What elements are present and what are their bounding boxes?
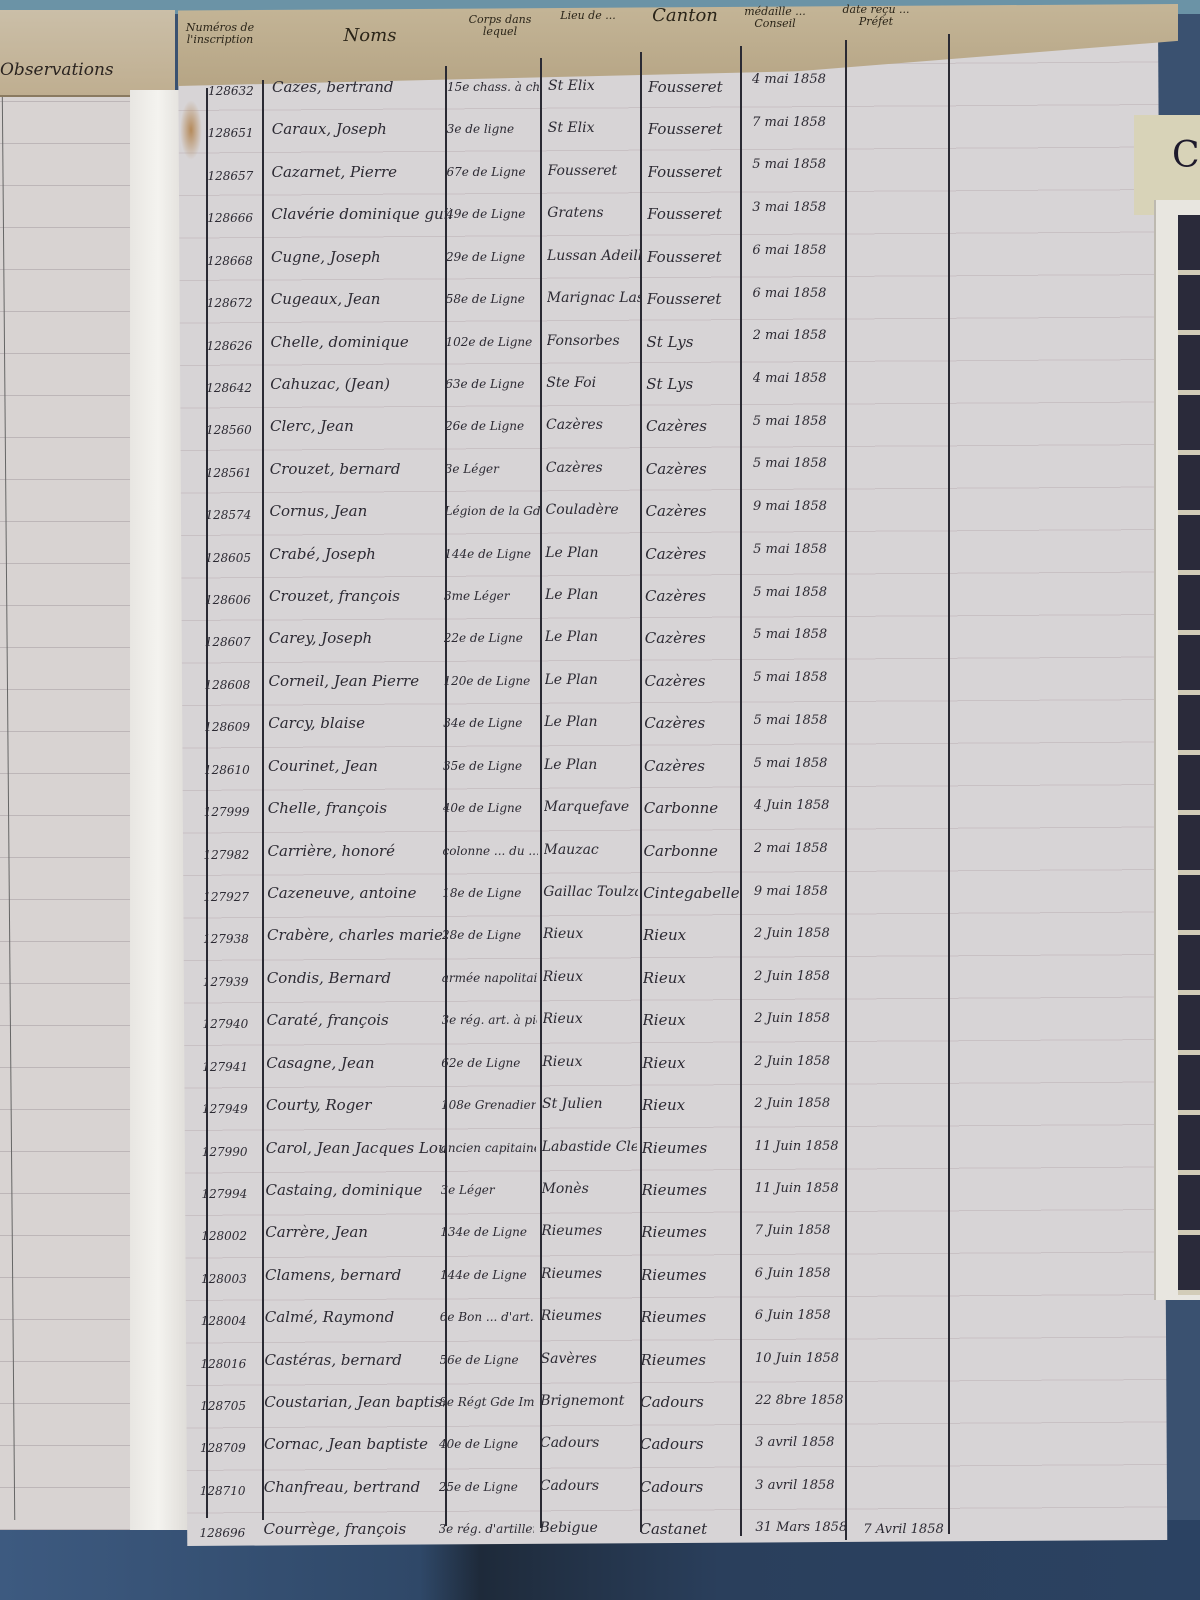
cell-numero: 128003 xyxy=(201,1272,261,1286)
cell-date: 3 avril 1858 xyxy=(755,1478,855,1493)
cell-numero: 127999 xyxy=(204,805,264,819)
cell-lieu: St Elix xyxy=(548,120,643,136)
cell-canton: Rieux xyxy=(642,1096,742,1114)
cell-corps: 3e Léger xyxy=(445,462,540,476)
cell-nom: Casagne, Jean xyxy=(266,1054,446,1072)
cell-nom: Cugeaux, Jean xyxy=(271,290,451,308)
cell-nom: Chelle, dominique xyxy=(271,333,451,351)
cell-nom: Cahuzac, (Jean) xyxy=(270,375,450,393)
cell-nom: Condis, Bernard xyxy=(267,969,447,987)
cell-lieu: St Elix xyxy=(548,78,643,94)
cell-numero: 128605 xyxy=(205,551,265,565)
cell-numero: 127940 xyxy=(203,1017,263,1031)
cell-date: 10 Juin 1858 xyxy=(755,1351,855,1366)
cell-corps: 144e de Ligne xyxy=(440,1268,535,1282)
cell-canton: Fousseret xyxy=(648,78,748,96)
cell-numero: 128642 xyxy=(206,381,266,395)
cell-lieu: Savères xyxy=(541,1351,636,1367)
cell-canton: Cazères xyxy=(645,672,745,690)
cell-canton: Cazères xyxy=(645,545,745,563)
cell-canton: Cadours xyxy=(640,1435,740,1453)
cell-date: 5 mai 1858 xyxy=(753,456,853,471)
cell-nom: Castéras, bernard xyxy=(265,1351,445,1369)
left-page-rule xyxy=(2,90,15,1520)
cell-lieu: Le Plan xyxy=(544,714,639,730)
cell-date: 6 Juin 1858 xyxy=(755,1308,855,1323)
cell-lieu: Le Plan xyxy=(545,587,640,603)
cell-numero: 128651 xyxy=(208,126,268,140)
cell-corps: 62e de Ligne xyxy=(441,1056,536,1070)
cell-lieu: St Julien xyxy=(542,1096,637,1112)
cell-corps: 3e Léger xyxy=(441,1183,536,1197)
cell-nom: Coustarian, Jean baptiste xyxy=(264,1393,444,1411)
cell-canton: Cazères xyxy=(645,629,745,647)
cell-corps: 3me Léger xyxy=(444,589,539,603)
cell-numero: 128696 xyxy=(200,1526,260,1540)
cell-date: 4 mai 1858 xyxy=(752,72,852,87)
cell-corps: 108e Grenadiers xyxy=(441,1098,536,1112)
cell-canton: Rieux xyxy=(643,1011,743,1029)
cell-canton: Rieumes xyxy=(641,1223,741,1241)
cell-numero: 128004 xyxy=(201,1314,261,1328)
cell-numero: 128632 xyxy=(208,84,268,98)
cell-nom: Corneil, Jean Pierre xyxy=(269,672,449,690)
cell-nom: Cazarnet, Pierre xyxy=(272,163,452,181)
cell-lieu: Fousseret xyxy=(548,163,643,179)
cell-numero: 128606 xyxy=(205,593,265,607)
cell-lieu: Rieux xyxy=(542,1054,637,1070)
cell-date: 5 mai 1858 xyxy=(753,627,853,642)
cell-date: 31 Mars 1858 xyxy=(755,1520,855,1535)
cell-corps: 40e de Ligne xyxy=(443,801,538,815)
cell-corps: 56e de Ligne xyxy=(440,1353,535,1367)
cell-canton: Fousseret xyxy=(648,120,748,138)
cell-corps: 22e de Ligne xyxy=(444,631,539,645)
cell-corps: 49e de Ligne xyxy=(446,207,541,221)
cell-numero: 128668 xyxy=(207,254,267,268)
cell-numero: 128610 xyxy=(204,763,264,777)
cell-canton: Fousseret xyxy=(647,248,747,266)
cell-corps: 67e de Ligne xyxy=(447,165,542,179)
cell-canton: Cazères xyxy=(644,714,744,732)
cell-lieu: Le Plan xyxy=(545,545,640,561)
cell-numero: 128561 xyxy=(206,466,266,480)
cell-date: 5 mai 1858 xyxy=(753,542,853,557)
cell-date: 22 8bre 1858 xyxy=(755,1393,855,1408)
cell-canton: Rieumes xyxy=(641,1266,741,1284)
cell-corps: 28e de Ligne xyxy=(442,928,537,942)
cell-date: 5 mai 1858 xyxy=(754,713,854,728)
cell-nom: Carey, Joseph xyxy=(269,629,449,647)
cell-nom: Clerc, Jean xyxy=(270,417,450,435)
cell-date: 2 Juin 1858 xyxy=(754,1011,854,1026)
cell-corps: armée napolitaine xyxy=(442,971,537,985)
header-lieu: Lieu de ... xyxy=(548,10,628,22)
cell-nom: Cornac, Jean baptiste xyxy=(264,1435,444,1453)
cell-canton: Rieumes xyxy=(641,1351,741,1369)
cell-lieu: Gaillac Toulza xyxy=(543,884,638,900)
cell-nom: Carrère, Jean xyxy=(265,1223,445,1241)
cell-nom: Carcy, blaise xyxy=(268,714,448,732)
cell-date: 9 mai 1858 xyxy=(754,884,854,899)
cell-date: 5 mai 1858 xyxy=(754,756,854,771)
cell-corps: ancien capitaine xyxy=(441,1141,536,1155)
cell-numero: 128016 xyxy=(201,1357,261,1371)
cell-numero: 128672 xyxy=(207,296,267,310)
cell-nom: Courinet, Jean xyxy=(268,757,448,775)
next-volume-edge: C xyxy=(1134,115,1200,1315)
header-nom: Noms xyxy=(300,30,440,42)
cell-lieu: Brignemont xyxy=(540,1393,635,1409)
cell-numero: 127990 xyxy=(202,1145,262,1159)
cell-numero: 128607 xyxy=(205,635,265,649)
cell-numero: 128608 xyxy=(205,678,265,692)
cell-canton: Cazères xyxy=(645,587,745,605)
cell-lieu: Cazères xyxy=(546,460,641,476)
cell-lieu: Rieux xyxy=(543,1011,638,1027)
cell-corps: Légion de la Gde xyxy=(445,504,540,518)
cell-numero: 128666 xyxy=(207,211,267,225)
cell-nom: Caraté, françois xyxy=(267,1011,447,1029)
cell-nom: Cazes, bertrand xyxy=(272,78,452,96)
cell-corps: 6e Bon ... d'art. xyxy=(440,1310,535,1324)
cell-canton: Cazères xyxy=(646,417,746,435)
cell-canton: Cadours xyxy=(640,1478,740,1496)
cell-corps: 34e de Ligne xyxy=(443,716,538,730)
cell-canton: Fousseret xyxy=(647,205,747,223)
volume-spine xyxy=(1178,215,1200,1295)
cell-lieu: Rieux xyxy=(543,926,638,942)
cell-lieu: Labastide Clermont xyxy=(542,1139,637,1155)
page-stain xyxy=(180,100,202,160)
cell-corps: 102e de Ligne xyxy=(446,335,541,349)
cell-nom: Clavérie dominique guillaume xyxy=(271,205,451,223)
cell-canton: Carbonne xyxy=(644,799,744,817)
cell-corps: 35e de Ligne xyxy=(443,759,538,773)
cell-numero: 128657 xyxy=(208,169,268,183)
cell-nom: Caraux, Joseph xyxy=(272,120,452,138)
cell-date: 2 Juin 1858 xyxy=(754,1054,854,1069)
cell-nom: Crabère, charles marie étienne hippolyte xyxy=(267,926,447,944)
left-header-label: Observations xyxy=(0,60,114,80)
cell-corps: 63e de Ligne xyxy=(445,377,540,391)
cell-nom: Chelle, françois xyxy=(268,799,448,817)
cell-date: 6 mai 1858 xyxy=(752,243,852,258)
cell-numero: 127994 xyxy=(202,1187,262,1201)
cell-canton: Castanet xyxy=(640,1520,740,1538)
cell-date: 7 mai 1858 xyxy=(752,115,852,130)
cell-numero: 127941 xyxy=(202,1060,262,1074)
cell-numero: 128709 xyxy=(200,1441,260,1455)
cell-date: 5 mai 1858 xyxy=(752,157,852,172)
cell-nom: Cornus, Jean xyxy=(270,502,450,520)
cell-date: 2 Juin 1858 xyxy=(754,969,854,984)
cell-nom: Carrière, honoré xyxy=(268,842,448,860)
cell-date: 2 mai 1858 xyxy=(753,328,853,343)
cell-numero: 127927 xyxy=(203,890,263,904)
left-page-header: Observations xyxy=(0,10,175,97)
cell-numero: 128574 xyxy=(206,508,266,522)
cell-lieu: Rieumes xyxy=(541,1308,636,1324)
cell-lieu: Le Plan xyxy=(545,629,640,645)
cell-corps: 144e de Ligne xyxy=(444,547,539,561)
cell-lieu: Rieumes xyxy=(541,1266,636,1282)
cell-canton: Fousseret xyxy=(648,163,748,181)
cell-canton: Cazères xyxy=(644,757,744,775)
cell-corps: 25e de Ligne xyxy=(439,1480,534,1494)
cell-nom: Clamens, bernard xyxy=(265,1266,445,1284)
cell-corps: 134e de Ligne xyxy=(440,1225,535,1239)
cell-date: 2 mai 1858 xyxy=(754,841,854,856)
cell-nom: Cazeneuve, antoine xyxy=(267,884,447,902)
cell-lieu: Gratens xyxy=(547,205,642,221)
cell-date: 3 mai 1858 xyxy=(752,200,852,215)
cell-corps: 58e de Ligne xyxy=(446,292,541,306)
cell-lieu: Couladère xyxy=(546,502,641,518)
header-canton: Canton xyxy=(640,10,730,22)
cell-numero: 127949 xyxy=(202,1102,262,1116)
cell-corps: 26e de Ligne xyxy=(445,419,540,433)
cell-date: 11 Juin 1858 xyxy=(755,1181,855,1196)
header-corps: Corps dans lequel xyxy=(455,14,545,38)
cell-numero: 127939 xyxy=(203,975,263,989)
cell-canton: Rieumes xyxy=(641,1308,741,1326)
cell-numero: 128710 xyxy=(200,1484,260,1498)
cell-nom: Crabé, Joseph xyxy=(269,545,449,563)
cell-nom: Carol, Jean Jacques Louis xyxy=(266,1139,446,1157)
cell-corps: 8e Régt Gde Impale xyxy=(439,1395,534,1409)
cell-lieu: Rieux xyxy=(543,969,638,985)
cell-lieu: Monès xyxy=(542,1181,637,1197)
cell-corps: 120e de Ligne xyxy=(444,674,539,688)
cell-lieu: Lussan Adeilhac xyxy=(547,248,642,264)
header-medaille: médaille ... Conseil xyxy=(730,6,820,30)
cell-canton: Cazères xyxy=(646,460,746,478)
cell-nom: Chanfreau, bertrand xyxy=(264,1478,444,1496)
cell-corps: 3e rég. art. à pied xyxy=(442,1013,537,1027)
cell-lieu: Le Plan xyxy=(544,757,639,773)
cell-corps: 3e rég. d'artillerie xyxy=(439,1522,534,1536)
cell-corps: 15e chass. à cheval xyxy=(447,80,542,94)
cell-date: 5 mai 1858 xyxy=(753,585,853,600)
cell-canton: Rieumes xyxy=(642,1139,742,1157)
cell-date: 5 mai 1858 xyxy=(753,414,853,429)
cell-nom: Courty, Roger xyxy=(266,1096,446,1114)
cell-canton: St Lys xyxy=(647,333,747,351)
cell-corps: 29e de Ligne xyxy=(446,250,541,264)
cell-lieu: Le Plan xyxy=(545,672,640,688)
cell-nom: Castaing, dominique xyxy=(266,1181,446,1199)
cell-canton: Rieux xyxy=(643,969,743,987)
cell-date: 3 avril 1858 xyxy=(755,1435,855,1450)
cell-corps: 18e de Ligne xyxy=(442,886,537,900)
cell-date: 5 mai 1858 xyxy=(753,670,853,685)
cell-date: 4 Juin 1858 xyxy=(754,798,854,813)
column-rule xyxy=(445,66,447,1526)
cell-nom: Courrège, françois xyxy=(264,1520,444,1538)
cell-lieu: Marquefave xyxy=(544,799,639,815)
cell-numero: 128560 xyxy=(206,423,266,437)
left-page xyxy=(0,60,150,1530)
cell-date: 6 Juin 1858 xyxy=(755,1266,855,1281)
cell-extra: 7 Avril 1858 xyxy=(863,1522,963,1537)
cell-date: 2 Juin 1858 xyxy=(754,1096,854,1111)
cell-date: 2 Juin 1858 xyxy=(754,926,854,941)
cell-canton: Fousseret xyxy=(647,290,747,308)
cell-canton: Rieumes xyxy=(642,1181,742,1199)
cell-lieu: Marignac Lasclares xyxy=(547,290,642,306)
cell-corps: 40e de Ligne xyxy=(439,1437,534,1451)
cell-nom: Calmé, Raymond xyxy=(265,1308,445,1326)
cell-numero: 128705 xyxy=(200,1399,260,1413)
cell-lieu: Cazères xyxy=(546,417,641,433)
header-observations: date reçu ... Préfet xyxy=(826,4,926,28)
cell-canton: St Lys xyxy=(646,375,746,393)
header-numero: Numéros de l'inscription xyxy=(180,22,260,46)
cell-numero: 128002 xyxy=(201,1229,261,1243)
cell-corps: 3e de ligne xyxy=(447,122,542,136)
cell-date: 6 mai 1858 xyxy=(753,286,853,301)
cell-numero: 128626 xyxy=(207,339,267,353)
cell-numero: 128609 xyxy=(204,720,264,734)
cell-date: 7 Juin 1858 xyxy=(755,1223,855,1238)
cell-nom: Crouzet, françois xyxy=(269,587,449,605)
cell-lieu: Cadours xyxy=(540,1435,635,1451)
cell-canton: Rieux xyxy=(642,1054,742,1072)
cell-canton: Carbonne xyxy=(644,842,744,860)
cell-lieu: Mauzac xyxy=(544,842,639,858)
cell-canton: Cadours xyxy=(640,1393,740,1411)
column-rule xyxy=(948,34,950,1534)
cell-numero: 127982 xyxy=(204,848,264,862)
cell-date: 9 mai 1858 xyxy=(753,499,853,514)
cell-canton: Cintegabelle xyxy=(643,884,743,902)
cell-nom: Crouzet, bernard xyxy=(270,460,450,478)
cell-date: 11 Juin 1858 xyxy=(755,1139,855,1154)
cell-date: 4 mai 1858 xyxy=(753,371,853,386)
cell-numero: 127938 xyxy=(203,932,263,946)
cell-canton: Cazères xyxy=(646,502,746,520)
cell-lieu: Rieumes xyxy=(541,1223,636,1239)
cell-lieu: Bebigue xyxy=(540,1520,635,1536)
cell-corps: colonne ... du ... xyxy=(443,844,538,858)
volume-letter: C xyxy=(1172,135,1200,176)
cell-lieu: Ste Foi xyxy=(546,375,641,391)
cell-canton: Rieux xyxy=(643,926,743,944)
cell-lieu: Fonsorbes xyxy=(547,333,642,349)
cell-nom: Cugne, Joseph xyxy=(271,248,451,266)
cell-lieu: Cadours xyxy=(540,1478,635,1494)
